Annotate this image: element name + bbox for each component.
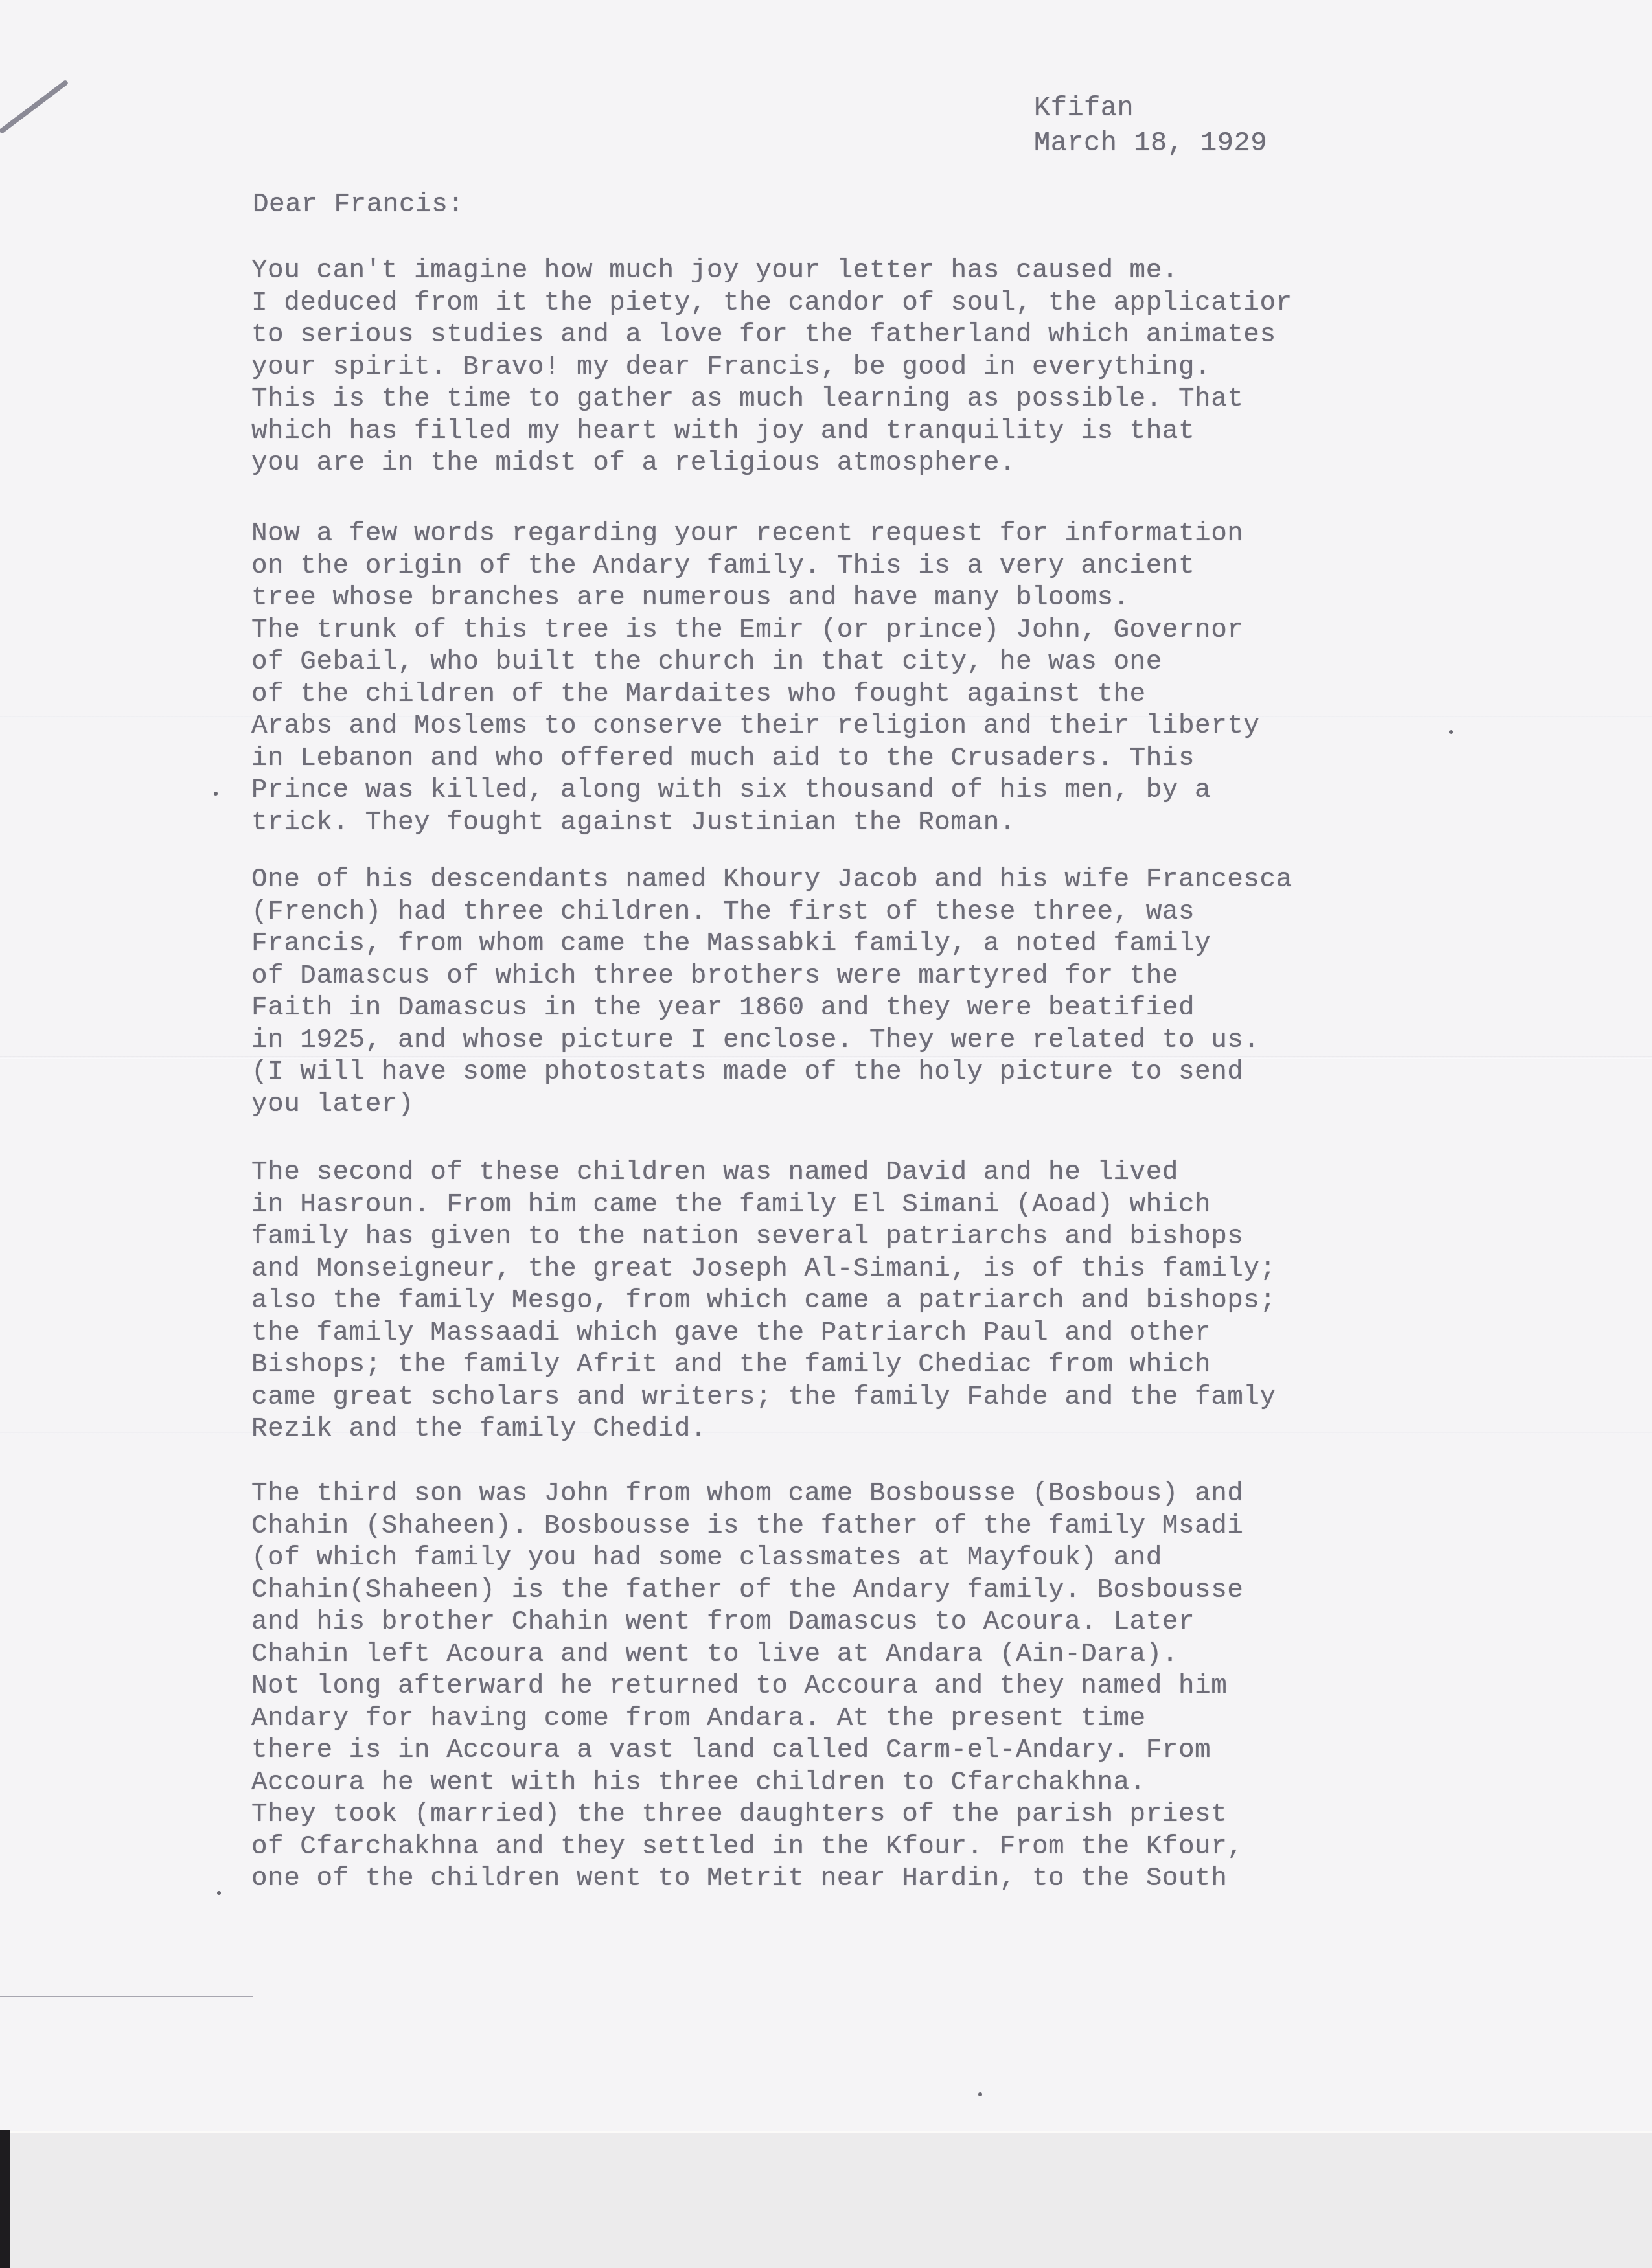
text-line: one of the children went to Metrit near … xyxy=(251,1863,1243,1896)
scanner-edge xyxy=(0,2130,10,2268)
text-line: (of which family you had some classmates… xyxy=(251,1542,1243,1575)
text-line: One of his descendants named Khoury Jaco… xyxy=(251,864,1292,897)
text-line: They took (married) the three daughters … xyxy=(251,1799,1243,1831)
text-line: The trunk of this tree is the Emir (or p… xyxy=(251,615,1259,647)
letter-date: March 18, 1929 xyxy=(1034,126,1267,161)
text-line: came great scholars and writers; the fam… xyxy=(251,1382,1276,1414)
ink-speck xyxy=(978,2092,982,2096)
text-line: Andary for having come from Andara. At t… xyxy=(251,1703,1243,1735)
text-line: family has given to the nation several p… xyxy=(251,1221,1276,1254)
text-line: of Damascus of which three brothers were… xyxy=(251,961,1292,993)
text-line: (I will have some photostats made of the… xyxy=(251,1057,1292,1089)
text-line: (French) had three children. The first o… xyxy=(251,897,1292,929)
text-line: in Hasroun. From him came the family El … xyxy=(251,1189,1276,1222)
text-line: of the children of the Mardaites who fou… xyxy=(251,679,1259,711)
text-line: of Gebail, who built the church in that … xyxy=(251,647,1259,679)
text-line: Rezik and the family Chedid. xyxy=(251,1414,1276,1446)
paragraph-2: Now a few words regarding your recent re… xyxy=(251,518,1259,839)
text-line: Chahin(Shaheen) is the father of the And… xyxy=(251,1575,1243,1607)
text-line: trick. They fought against Justinian the… xyxy=(251,807,1259,840)
paragraph-4: The second of these children was named D… xyxy=(251,1157,1276,1446)
text-line: Not long afterward he returned to Accour… xyxy=(251,1671,1243,1703)
text-line: which has filled my heart with joy and t… xyxy=(251,416,1292,448)
text-line: The third son was John from whom came Bo… xyxy=(251,1478,1243,1511)
text-line: Chahin (Shaheen). Bosbousse is the fathe… xyxy=(251,1511,1243,1543)
text-line: The second of these children was named D… xyxy=(251,1157,1276,1189)
paragraph-5: The third son was John from whom came Bo… xyxy=(251,1478,1243,1896)
text-line: in Lebanon and who offered much aid to t… xyxy=(251,743,1259,775)
text-line: You can't imagine how much joy your lett… xyxy=(251,255,1292,288)
letter-heading: Kfifan March 18, 1929 xyxy=(1034,91,1267,161)
pen-mark xyxy=(0,80,69,135)
text-line: Chahin left Acoura and went to live at A… xyxy=(251,1639,1243,1671)
text-line: Bishops; the family Afrit and the family… xyxy=(251,1349,1276,1382)
text-line: Now a few words regarding your recent re… xyxy=(251,518,1259,551)
paragraph-1: You can't imagine how much joy your lett… xyxy=(251,255,1292,480)
text-line: This is the time to gather as much learn… xyxy=(251,384,1292,416)
text-line: in 1925, and whose picture I enclose. Th… xyxy=(251,1025,1292,1057)
paper-fold-line xyxy=(0,1996,253,1997)
text-line: your spirit. Bravo! my dear Francis, be … xyxy=(251,352,1292,384)
text-line: and Monseigneur, the great Joseph Al-Sim… xyxy=(251,1254,1276,1286)
salutation-text: Dear Francis: xyxy=(253,189,464,222)
text-line: Accoura he went with his three children … xyxy=(251,1767,1243,1800)
ink-speck xyxy=(214,792,218,796)
text-line: I deduced from it the piety, the candor … xyxy=(251,288,1292,320)
letter-page: Kfifan March 18, 1929 Dear Francis: You … xyxy=(0,0,1652,2131)
text-line: and his brother Chahin went from Damascu… xyxy=(251,1607,1243,1639)
letter-place: Kfifan xyxy=(1034,91,1267,126)
text-line: Francis, from whom came the Massabki fam… xyxy=(251,928,1292,961)
text-line: tree whose branches are numerous and hav… xyxy=(251,582,1259,615)
text-line: Arabs and Moslems to conserve their reli… xyxy=(251,711,1259,743)
text-line: on the origin of the Andary family. This… xyxy=(251,551,1259,583)
text-line: there is in Accoura a vast land called C… xyxy=(251,1735,1243,1767)
ink-speck xyxy=(217,1891,221,1895)
text-line: also the family Mesgo, from which came a… xyxy=(251,1285,1276,1318)
text-line: you later) xyxy=(251,1089,1292,1121)
text-line: Faith in Damascus in the year 1860 and t… xyxy=(251,992,1292,1025)
scan-background-strip xyxy=(10,2131,1652,2268)
salutation: Dear Francis: xyxy=(253,189,464,222)
paragraph-3: One of his descendants named Khoury Jaco… xyxy=(251,864,1292,1121)
ink-speck xyxy=(1449,730,1453,734)
text-line: Prince was killed, along with six thousa… xyxy=(251,775,1259,807)
text-line: you are in the midst of a religious atmo… xyxy=(251,448,1292,480)
text-line: the family Massaadi which gave the Patri… xyxy=(251,1318,1276,1350)
text-line: of Cfarchakhna and they settled in the K… xyxy=(251,1831,1243,1864)
text-line: to serious studies and a love for the fa… xyxy=(251,319,1292,352)
